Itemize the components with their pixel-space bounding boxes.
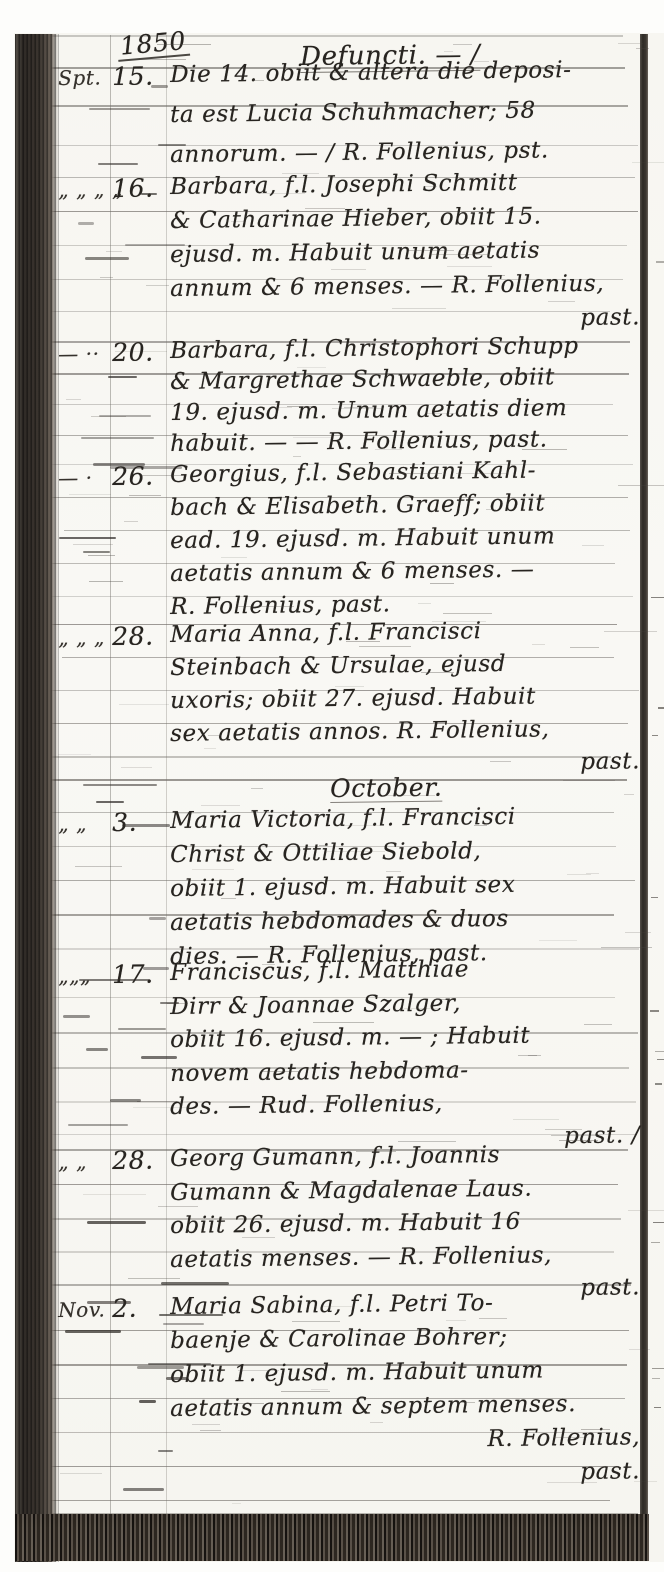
scan-streak (124, 521, 138, 522)
scan-streak (389, 473, 442, 474)
scan-streak (293, 437, 334, 438)
scan-streak (532, 644, 545, 645)
entry-day: 2. (112, 1296, 137, 1321)
scan-streak (479, 1318, 507, 1319)
entry-line: aetatis annum & 6 menses. — (170, 559, 535, 586)
entry-line: aetatis menses. — R. Follenius, (170, 1244, 552, 1272)
scan-streak (88, 555, 115, 556)
scan-smudge (161, 1282, 229, 1285)
scan-streak (106, 251, 122, 252)
adjacent-column-fragment (652, 735, 658, 736)
scan-streak (404, 1008, 439, 1009)
entry-month: „ „ (58, 1152, 87, 1172)
scan-bottom-edge (15, 1514, 649, 1561)
entry-day: 17. (112, 961, 154, 987)
entry-day: 20. (112, 339, 154, 365)
entry-line: Dirr & Joannae Szalger, (170, 992, 461, 1019)
scan-streak (551, 1135, 597, 1136)
scan-smudge (83, 784, 157, 786)
scan-streak (158, 1206, 198, 1207)
adjacent-column-fragment (653, 1222, 664, 1223)
scan-streak (421, 672, 454, 673)
scan-streak (528, 1055, 541, 1056)
entry-line: aetatis hebdomades & duos (170, 908, 509, 935)
scan-streak (242, 1237, 275, 1238)
scan-streak (281, 1391, 330, 1392)
scan-streak (141, 475, 184, 476)
scan-streak (305, 208, 345, 209)
scan-streak (474, 61, 489, 62)
scan-streak (292, 1321, 340, 1322)
scan-streak (232, 1503, 241, 1504)
entry-month: — · (58, 468, 93, 488)
scan-streak (208, 735, 221, 736)
entry-line: habuit. — — R. Follenius, past. (170, 428, 548, 456)
entry-line: Maria Anna, f.l. Francisci (170, 620, 482, 647)
entry-day: 15. (112, 63, 154, 89)
entry-day: 28. (112, 1147, 154, 1173)
scan-streak (457, 1402, 475, 1403)
scan-streak (424, 186, 437, 187)
scan-streak (446, 1320, 466, 1321)
scan-smudge (151, 85, 168, 88)
scan-streak (157, 44, 211, 45)
adjacent-column-fragment (657, 1059, 664, 1060)
adjacent-column-fragment (652, 1378, 660, 1379)
scan-streak (375, 449, 402, 450)
scanned-register-page: 1850 Defuncti. — / Spt.15.Die 14. obiit … (0, 0, 664, 1572)
entry-day: 28. (112, 623, 154, 649)
adjacent-column-fragment (655, 1083, 662, 1085)
scan-streak (83, 1194, 146, 1195)
scan-streak (548, 301, 575, 302)
scan-streak (60, 1473, 102, 1474)
scan-streak (582, 545, 604, 546)
scan-smudge (143, 967, 169, 970)
scan-streak (431, 254, 489, 255)
scan-streak (221, 898, 236, 899)
scan-streak (636, 48, 649, 49)
adjacent-column-fragment (652, 1368, 664, 1369)
scan-smudge (158, 144, 186, 146)
scan-streak (327, 851, 385, 852)
scan-streak (513, 1119, 559, 1120)
adjacent-column-fragment (651, 897, 658, 898)
scan-smudge (148, 1363, 211, 1365)
scan-smudge (78, 222, 94, 225)
entry-line: Steinbach & Ursulae, ejusd (170, 653, 506, 680)
scan-streak (559, 1140, 598, 1141)
scan-smudge (122, 824, 170, 827)
scan-streak (192, 1424, 220, 1425)
scan-streak (453, 44, 472, 45)
entry-line: Die 14. obiit & altera die deposi- (170, 59, 572, 87)
scan-streak (259, 193, 305, 194)
scan-smudge (85, 257, 129, 260)
entry-line: obiit 1. ejusd. m. Habuit unum (170, 1359, 544, 1387)
scan-smudge (139, 1400, 156, 1403)
scan-streak (146, 285, 169, 286)
entry-day: 3. (112, 810, 137, 835)
adjacent-column-fragment (650, 1010, 659, 1012)
entry-line: Franciscus, f.l. Matthiae (170, 958, 469, 985)
text-column-rule (166, 35, 167, 1515)
entry-line: novem aetatis hebdoma- (170, 1059, 469, 1086)
scan-streak (311, 1067, 361, 1068)
entry-line: des. — Rud. Follenius, (170, 1093, 443, 1119)
scan-streak (430, 583, 454, 584)
adjacent-column-fragment (655, 1051, 664, 1052)
scan-streak (547, 1482, 597, 1483)
scan-streak (129, 495, 161, 496)
scan-streak (432, 621, 486, 622)
scan-streak (629, 1349, 650, 1350)
scan-smudge (163, 1323, 204, 1325)
entry-line: ta est Lucia Schuhmacher; 58 (170, 100, 536, 127)
scan-streak (490, 761, 511, 762)
adjacent-column-fragment (656, 261, 664, 263)
scan-streak (271, 407, 292, 408)
scan-streak (238, 1370, 279, 1371)
scan-streak (434, 999, 453, 1000)
scan-streak (323, 1306, 355, 1307)
scan-streak (221, 1403, 264, 1404)
scan-streak (262, 964, 275, 965)
scan-smudge (108, 376, 137, 378)
scan-streak (486, 509, 496, 510)
scan-streak (386, 871, 401, 872)
scan-streak (456, 473, 508, 474)
scan-smudge (137, 1366, 184, 1369)
scan-streak (137, 1101, 177, 1102)
entry-line: annum & 6 menses. — R. Follenius, (170, 273, 604, 301)
scan-streak (522, 449, 567, 450)
entry-line: bach & Elisabeth. Graeff; obiit (170, 492, 545, 520)
scan-smudge (149, 917, 166, 920)
entry-line: aetatis annum & septem menses. (170, 1393, 576, 1421)
scan-smudge (159, 1314, 223, 1316)
scan-streak (336, 825, 381, 826)
scan-smudge (141, 193, 157, 195)
ruled-line (43, 1500, 610, 1501)
scan-streak (425, 413, 457, 414)
scan-streak (392, 308, 446, 309)
scan-streak (201, 805, 240, 806)
scan-smudge (96, 801, 124, 803)
adjacent-column-fragment (658, 707, 664, 709)
scan-streak (584, 1024, 612, 1025)
entry-line: Barbara, f.l. Josephi Schmitt (170, 172, 518, 199)
scan-streak (628, 1210, 664, 1211)
scan-streak (581, 1429, 610, 1430)
scan-smudge (59, 537, 116, 539)
scan-smudge (68, 1124, 128, 1126)
scan-streak (385, 795, 435, 796)
scan-streak (474, 825, 487, 826)
entry-line: ead. 19. ejusd. m. Habuit unum (170, 525, 555, 553)
scan-streak (398, 1141, 456, 1142)
scan-streak (618, 485, 664, 486)
entry-line: Maria Victoria, f.l. Francisci (170, 806, 516, 833)
scan-streak (418, 603, 431, 604)
scan-smudge (65, 1330, 121, 1333)
scan-streak (490, 275, 505, 276)
scan-streak (251, 788, 263, 789)
entry-month: „„„ (58, 966, 91, 986)
scan-streak (128, 1278, 180, 1279)
entry-line: obiit 26. ejusd. m. Habuit 16 (170, 1211, 521, 1238)
scan-streak (563, 780, 615, 781)
scan-smudge (98, 163, 138, 165)
scan-streak (346, 641, 380, 642)
scan-streak (625, 932, 651, 933)
scan-smudge (118, 1028, 166, 1030)
scan-streak (332, 408, 383, 409)
scan-smudge (83, 551, 110, 553)
scan-streak (604, 631, 657, 632)
entry-line: annorum. — / R. Follenius, pst. (170, 139, 549, 167)
scan-streak (176, 813, 201, 814)
scan-smudge (141, 1056, 177, 1059)
scan-streak (409, 250, 454, 251)
scan-smudge (86, 1048, 108, 1051)
entry-line: & Catharinae Hieber, obiit 15. (170, 205, 542, 233)
scan-streak (119, 704, 169, 705)
scan-streak (58, 754, 91, 755)
entry-line: Barbara, f.l. Christophori Schupp (170, 335, 579, 363)
scan-streak (73, 544, 113, 545)
entry-day: 16. (112, 175, 154, 201)
scan-streak (447, 266, 492, 267)
scan-smudge (79, 979, 150, 981)
scan-streak (297, 367, 326, 368)
scan-streak (311, 1389, 328, 1390)
scan-streak (354, 690, 411, 691)
scan-streak (624, 794, 634, 795)
scan-streak (319, 845, 328, 846)
scan-smudge (63, 1015, 90, 1018)
scan-streak (200, 1430, 221, 1431)
scan-smudge (81, 437, 154, 439)
scan-streak (89, 581, 123, 582)
scan-streak (262, 1071, 301, 1072)
entry-line: sex aetatis annos. R. Follenius, (170, 718, 550, 746)
scan-streak (554, 1437, 584, 1438)
scan-streak (632, 162, 664, 163)
scan-streak (75, 866, 122, 867)
adjacent-column-fragment (654, 1407, 661, 1408)
scan-streak (570, 647, 599, 648)
scan-smudge (110, 466, 182, 469)
entry-line: 19. ejusd. m. Unum aetatis diem (170, 397, 568, 425)
scan-streak (634, 1481, 657, 1482)
scan-streak (66, 399, 81, 400)
entry-line: & Margrethae Schwaeble, obiit (170, 366, 555, 394)
scan-streak (567, 874, 591, 875)
scan-streak (335, 686, 364, 687)
scan-streak (356, 1151, 396, 1152)
entry-month: „ „ „ (58, 627, 105, 648)
scan-smudge (123, 1488, 164, 1491)
scan-streak (121, 767, 152, 768)
scan-streak (204, 748, 216, 749)
scan-smudge (93, 463, 145, 466)
scan-streak (443, 613, 492, 614)
scan-smudge (125, 244, 185, 246)
scan-left-edge (15, 34, 59, 1562)
section-header-month: October. (330, 775, 443, 803)
scan-streak (444, 51, 453, 52)
scan-streak (236, 606, 294, 607)
scan-streak (282, 173, 319, 174)
entry-month: Spt. (58, 67, 102, 88)
scan-smudge (99, 415, 151, 417)
scan-streak (539, 940, 577, 941)
entry-line: obiit 1. ejusd. m. Habuit sex (170, 874, 515, 901)
entry-line: baenje & Carolinae Bohrer; (170, 1326, 508, 1353)
entry-line: Gumann & Magdalenae Laus. (170, 1178, 532, 1205)
scan-smudge (158, 1450, 173, 1452)
scan-streak (545, 1129, 582, 1130)
scan-smudge (87, 1221, 146, 1224)
scan-streak (601, 947, 652, 948)
scan-smudge (89, 108, 150, 110)
entry-line: obiit 16. ejusd. m. — ; Habuit (170, 1025, 530, 1052)
adjacent-column-fragment (651, 597, 664, 598)
scan-streak (313, 1022, 374, 1023)
scan-streak (69, 494, 111, 495)
scan-streak (331, 269, 366, 270)
scan-streak (370, 1422, 383, 1423)
scan-streak (231, 221, 245, 222)
scan-streak (192, 869, 234, 870)
entry-line: Georg Gumann, f.l. Joannis (170, 1144, 500, 1171)
scan-smudge (87, 1301, 131, 1304)
scan-smudge (160, 1002, 179, 1004)
scan-streak (100, 277, 113, 278)
scan-smudge (166, 1377, 188, 1380)
adjacent-column-fragment (651, 1242, 660, 1243)
scan-streak (253, 80, 264, 81)
scan-streak (618, 43, 643, 44)
scan-streak (137, 59, 186, 60)
scan-smudge (110, 1099, 141, 1102)
entry-month: — ·· (58, 343, 100, 364)
scan-streak (221, 557, 247, 558)
scan-streak (293, 456, 301, 457)
scan-streak (359, 646, 411, 647)
scan-streak (115, 351, 167, 352)
entry-month: „ „ (58, 814, 87, 834)
scan-streak (133, 1107, 188, 1108)
